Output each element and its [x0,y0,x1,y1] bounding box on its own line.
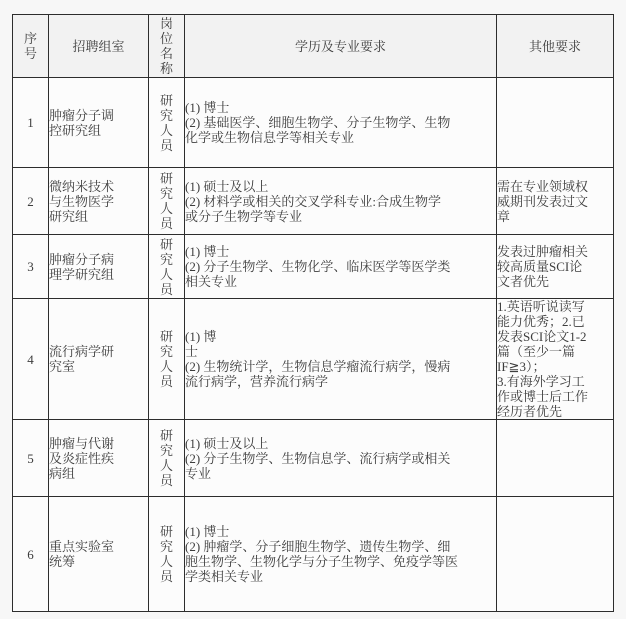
table-row: 6 重点实验室 统筹 研 究 人 员 (1) 博士 (2) 肿瘤学、分子细胞生物… [13,497,614,612]
table-row: 5 肿瘤与代谢 及炎症性疾 病组 研 究 人 员 (1) 硕士及以上 (2) 分… [13,420,614,497]
header-cell-other: 其他要求 [497,15,614,78]
cell-group: 肿瘤分子调 控研究组 [49,78,149,168]
table-row: 4 流行病学研 究室 研 究 人 员 (1) 博 士 (2) 生物统计学，生物信… [13,299,614,420]
cell-index: 1 [13,78,49,168]
cell-index: 2 [13,168,49,235]
cell-index: 6 [13,497,49,612]
recruitment-table: 序 号 招聘组室 岗 位 名 称 学历及专业要求 其他要求 1 肿瘤分子调 控研… [12,14,614,612]
cell-group: 流行病学研 究室 [49,299,149,420]
header-cell-position: 岗 位 名 称 [149,15,185,78]
table-header-row: 序 号 招聘组室 岗 位 名 称 学历及专业要求 其他要求 [13,15,614,78]
cell-requirements: (1) 硕士及以上 (2) 材料学或相关的交叉学科专业:合成生物学 或分子生物学… [185,168,497,235]
cell-group: 肿瘤分子病 理学研究组 [49,235,149,299]
table-row: 1 肿瘤分子调 控研究组 研 究 人 员 (1) 博士 (2) 基础医学、细胞生… [13,78,614,168]
cell-other: 1.英语听说读写 能力优秀；2.已 发表SCI论文1-2 篇（至少一篇 IF≧3… [497,299,614,420]
cell-position: 研 究 人 员 [149,299,185,420]
header-cell-group: 招聘组室 [49,15,149,78]
cell-other: 发表过肿瘤相关 较高质量SCI论 文者优先 [497,235,614,299]
cell-index: 4 [13,299,49,420]
header-cell-index: 序 号 [13,15,49,78]
cell-other [497,78,614,168]
header-cell-requirements: 学历及专业要求 [185,15,497,78]
cell-position: 研 究 人 员 [149,420,185,497]
cell-position: 研 究 人 员 [149,497,185,612]
cell-requirements: (1) 博 士 (2) 生物统计学，生物信息学瘤流行病学，慢病 流行病学，营养流… [185,299,497,420]
recruitment-table-container: 序 号 招聘组室 岗 位 名 称 学历及专业要求 其他要求 1 肿瘤分子调 控研… [12,14,614,612]
cell-requirements: (1) 硕士及以上 (2) 分子生物学、生物信息学、流行病学或相关 专业 [185,420,497,497]
cell-requirements: (1) 博士 (2) 分子生物学、生物化学、临床医学等医学类 相关专业 [185,235,497,299]
cell-group: 肿瘤与代谢 及炎症性疾 病组 [49,420,149,497]
table-row: 3 肿瘤分子病 理学研究组 研 究 人 员 (1) 博士 (2) 分子生物学、生… [13,235,614,299]
cell-group: 微纳米技术 与生物医学 研究组 [49,168,149,235]
cell-position: 研 究 人 员 [149,78,185,168]
cell-other [497,497,614,612]
cell-other: 需在专业领域权 威期刊发表过文 章 [497,168,614,235]
cell-index: 3 [13,235,49,299]
cell-other [497,420,614,497]
cell-group: 重点实验室 统筹 [49,497,149,612]
cell-position: 研 究 人 员 [149,168,185,235]
table-row: 2 微纳米技术 与生物医学 研究组 研 究 人 员 (1) 硕士及以上 (2) … [13,168,614,235]
cell-requirements: (1) 博士 (2) 基础医学、细胞生物学、分子生物学、生物 化学或生物信息学等… [185,78,497,168]
cell-position: 研 究 人 员 [149,235,185,299]
cell-requirements: (1) 博士 (2) 肿瘤学、分子细胞生物学、遗传生物学、细 胞生物学、生物化学… [185,497,497,612]
cell-index: 5 [13,420,49,497]
